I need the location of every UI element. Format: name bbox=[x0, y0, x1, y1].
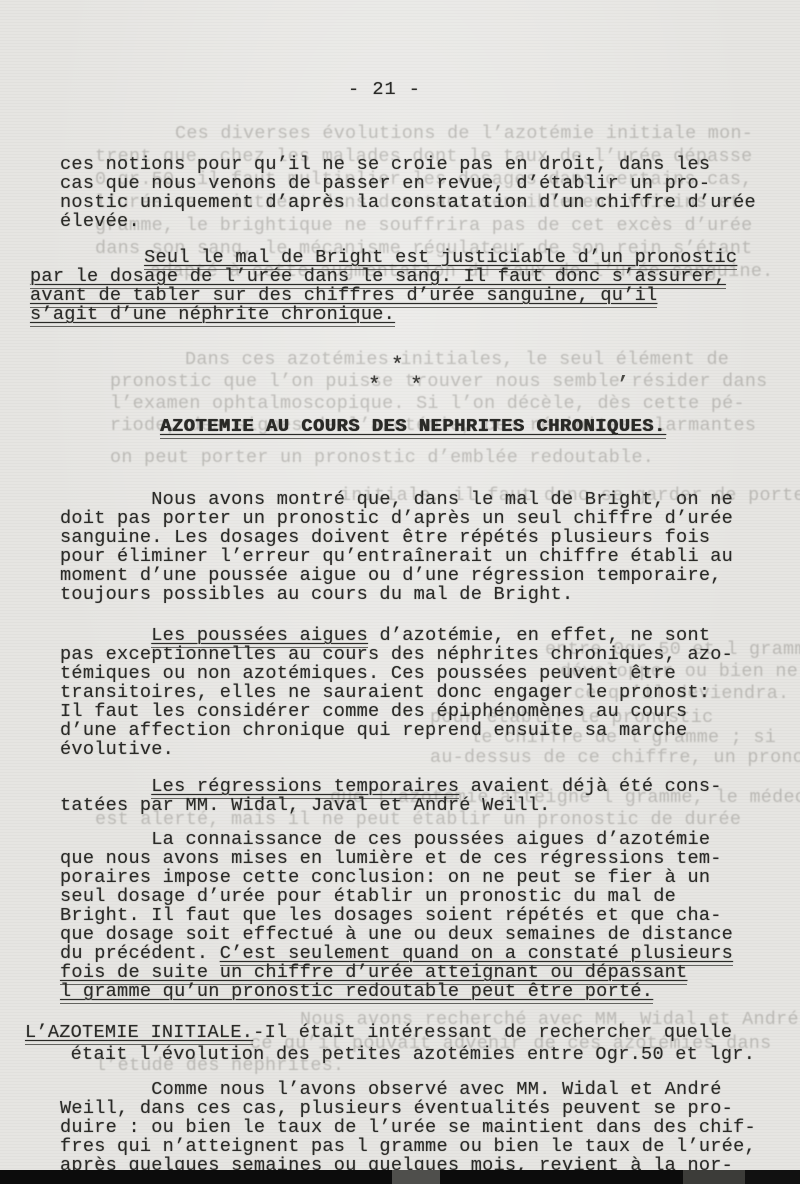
ink-speck: , bbox=[618, 362, 630, 385]
paragraph-comme-nous: Comme nous l’avons observé avec MM. Wida… bbox=[60, 1080, 756, 1175]
paragraph-nous-avons: Nous avons montré que, dans le mal de Br… bbox=[60, 490, 733, 604]
text-line: Seul le mal de Bright est justiciable d’… bbox=[30, 248, 737, 267]
bleedthrough-line: on peut porter un pronostic d’emblée red… bbox=[110, 448, 654, 467]
text-line: Weill, dans ces cas, plusieurs éventuali… bbox=[60, 1099, 756, 1118]
text-line: du précédent. C’est seulement quand on a… bbox=[60, 944, 733, 963]
text-line: tatées par MM. Widal, Javal et André Wei… bbox=[60, 796, 722, 815]
scan-edge-bar-segment bbox=[683, 1170, 745, 1184]
text-line: nostic uniquement d’après la constatatio… bbox=[60, 193, 756, 212]
asterism-mark: * bbox=[410, 375, 423, 398]
page-number: - 21 - bbox=[348, 80, 421, 99]
text-line: AZOTEMIE AU COURS DES NEPHRITES CHRONIQU… bbox=[160, 417, 666, 436]
text-line: l gramme qu’un pronostic redoutable peut… bbox=[60, 982, 733, 1001]
text-line: ces notions pour qu’il ne se croie pas e… bbox=[60, 155, 756, 174]
text-line: poraires impose cette conclusion: on ne … bbox=[60, 868, 733, 887]
text-line: Il faut les considérer comme des épiphén… bbox=[60, 702, 733, 721]
text-line: doit pas porter un pronostic d’après un … bbox=[60, 509, 733, 528]
paragraph-azotemie-initiale: L’AZOTEMIE INITIALE.-Il était intéressan… bbox=[25, 1022, 755, 1066]
bleedthrough-line: l’examen ophtalmoscopique. Si l’on décèl… bbox=[110, 394, 745, 413]
bleedthrough-line: pronostic que l’on puisse trouver nous s… bbox=[110, 372, 768, 391]
asterism-mark: * bbox=[391, 355, 404, 378]
scan-edge-bar-segment bbox=[440, 1170, 683, 1184]
text-line: transitoires, elles ne sauraient donc en… bbox=[60, 683, 733, 702]
scan-edge-bar-segment bbox=[0, 1170, 392, 1184]
text-line: fres qui n’atteignent pas l gramme ou bi… bbox=[60, 1137, 756, 1156]
bleedthrough-line: Ces diverses évolutions de l’azotémie in… bbox=[175, 124, 753, 143]
text-line: pour éliminer l’erreur qu’entraînerait u… bbox=[60, 547, 733, 566]
text-line: Les poussées aigues d’azotémie, en effet… bbox=[60, 626, 733, 645]
text-line: toujours possibles au cours du mal de Br… bbox=[60, 585, 733, 604]
text-line: élevée. bbox=[60, 212, 756, 231]
paragraph-intro: ces notions pour qu’il ne se croie pas e… bbox=[60, 155, 756, 231]
paragraph-bright-underlined: Seul le mal de Bright est justiciable d’… bbox=[30, 248, 737, 324]
text-line: avant de tabler sur des chiffres d’urée … bbox=[30, 286, 737, 305]
bleedthrough-line: Dans ces azotémies initiales, le seul él… bbox=[185, 350, 729, 369]
text-line: d’une affection chronique qui reprend en… bbox=[60, 721, 733, 740]
paragraph-regressions: Les régressions temporaires avaient déjà… bbox=[60, 777, 722, 815]
text-line: L’AZOTEMIE INITIALE.-Il était intéressan… bbox=[25, 1022, 755, 1044]
section-heading: AZOTEMIE AU COURS DES NEPHRITES CHRONIQU… bbox=[160, 417, 666, 436]
text-line: témiques ou non azotémiques. Ces poussée… bbox=[60, 664, 733, 683]
text-line: Bright. Il faut que les dosages soient r… bbox=[60, 906, 733, 925]
asterism-mark: * bbox=[368, 375, 381, 398]
text-line: Les régressions temporaires avaient déjà… bbox=[60, 777, 722, 796]
scan-edge-bar-segment bbox=[745, 1170, 800, 1184]
text-line: par le dosage de l’urée dans le sang. Il… bbox=[30, 267, 737, 286]
text-line: cas que nous venons de passer en revue, … bbox=[60, 174, 756, 193]
text-line: sanguine. Les dosages doivent être répét… bbox=[60, 528, 733, 547]
text-line: évolutive. bbox=[60, 740, 733, 759]
scanned-page: - 21 - Ces diverses évolutions de l’azot… bbox=[0, 0, 800, 1184]
text-line: était l’évolution des petites azotémies … bbox=[25, 1044, 755, 1066]
scan-edge-bar-segment bbox=[392, 1170, 440, 1184]
text-line: seul dosage d’urée pour établir un prono… bbox=[60, 887, 733, 906]
text-line: Nous avons montré que, dans le mal de Br… bbox=[60, 490, 733, 509]
text-line: Comme nous l’avons observé avec MM. Wida… bbox=[60, 1080, 756, 1099]
text-line: que dosage soit effectué à une ou deux s… bbox=[60, 925, 733, 944]
text-line: pas exceptionnelles au cours des néphrit… bbox=[60, 645, 733, 664]
paragraph-poussees-aigues: Les poussées aigues d’azotémie, en effet… bbox=[60, 626, 733, 759]
text-line: moment d’une poussée aigue ou d’une régr… bbox=[60, 566, 733, 585]
text-line: La connaissance de ces poussées aigues d… bbox=[60, 830, 733, 849]
text-line: fois de suite un chiffre d’urée atteigna… bbox=[60, 963, 733, 982]
paragraph-connaissance: La connaissance de ces poussées aigues d… bbox=[60, 830, 733, 1001]
text-line: que nous avons mises en lumière et de ce… bbox=[60, 849, 733, 868]
text-line: duire : ou bien le taux de l’urée se mai… bbox=[60, 1118, 756, 1137]
